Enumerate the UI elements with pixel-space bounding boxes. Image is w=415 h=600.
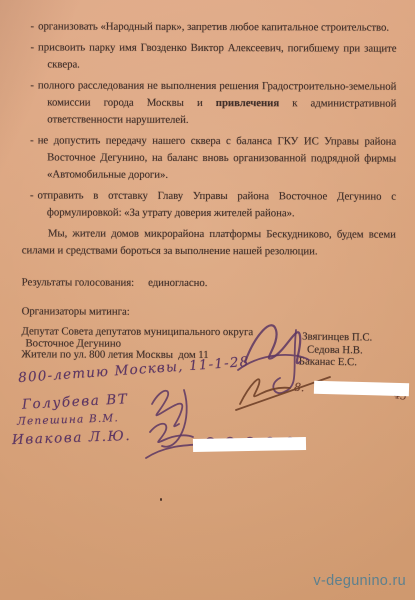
bullet-dash: -	[31, 20, 35, 32]
voting-results-line: Результаты голосования:единогласно.	[22, 274, 396, 292]
resolution-bullet-1: -организовать «Народный парк», запретив …	[31, 18, 397, 36]
bullet-text: не допустить передачу нашего сквера с ба…	[38, 134, 396, 180]
voting-results-value: единогласно.	[148, 277, 207, 289]
redaction-bar-1	[314, 381, 409, 396]
signatory-name: Звягинцев П.С.	[302, 331, 372, 345]
bullet-text: организовать «Народный парк», запретив л…	[38, 20, 389, 33]
handwritten-digit-fragment: 8.	[294, 381, 305, 395]
bullet-text: отправить в отставку Главу Управы района…	[38, 189, 396, 219]
organizers-heading: Организаторы митинга:	[22, 303, 396, 321]
bullet-text: присвоить парку имя Гвозденко Виктор Але…	[38, 41, 396, 70]
photographed-document: -организовать «Народный парк», запретив …	[0, 0, 415, 600]
handwritten-resident-name: Лепешина В.М.	[17, 412, 119, 428]
resolution-bullet-2: -присвоить парку имя Гвозденко Виктор Ал…	[30, 39, 396, 74]
resolution-text-block: -организовать «Народный парк», запретив …	[21, 18, 396, 362]
signatory-name: Седова Н.В.	[307, 343, 372, 357]
handwritten-resident-name: Ивакова Л.Ю.	[12, 428, 132, 448]
signatory-name: Баканас Е.С.	[299, 356, 372, 370]
bullet-text-bold: привлечения	[216, 97, 279, 109]
redaction-bar-2	[193, 437, 306, 452]
bullet-dash: -	[30, 79, 34, 91]
pledge-paragraph: Мы, жители домов микрорайона платформы Б…	[22, 225, 396, 260]
handwritten-resident-name: Голубева ВТ	[22, 391, 129, 413]
signature-scrawl-resident-1	[152, 390, 187, 447]
resolution-bullet-list: -организовать «Народный парк», запретив …	[22, 18, 397, 222]
resolution-bullet-4: -не допустить передачу нашего сквера с б…	[30, 132, 396, 184]
voting-results-label: Результаты голосования:	[22, 276, 135, 288]
signatory-names-block: Звягинцев П.С. Седова Н.В. Баканас Е.С.	[302, 331, 373, 370]
resolution-bullet-5: -отправить в отставку Главу Управы район…	[30, 187, 396, 222]
ink-speck	[160, 498, 162, 501]
bullet-dash: -	[30, 41, 34, 53]
bullet-dash: -	[30, 189, 34, 201]
site-watermark: v-degunino.ru	[313, 573, 406, 589]
bullet-dash: -	[30, 134, 34, 146]
resolution-bullet-3: -полного расследования не выполнения реш…	[30, 77, 396, 129]
